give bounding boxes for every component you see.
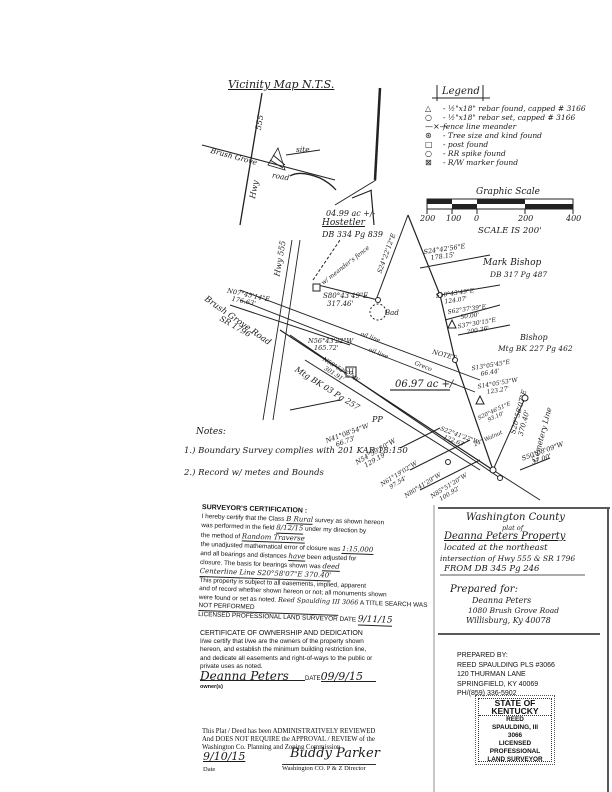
graphic-scale-bar: [427, 199, 573, 214]
owner-signature: Deanna Peters: [200, 672, 305, 681]
bishop-deed: Mtg BK 227 Pg 462: [498, 344, 573, 353]
hostetler-deed: DB 334 Pg 839: [322, 230, 383, 239]
mark-bishop-deed: DB 317 Pg 487: [490, 270, 547, 279]
ownership-certificate: CERTIFICATE OF OWNERSHIP AND DEDICATION …: [200, 630, 430, 691]
legend-item: ○- ½"x18" rebar set, capped # 3166: [425, 113, 595, 122]
vicinity-map-title: Vicinity Map N.T.S.: [228, 78, 334, 91]
note-item: 1.) Boundary Survey complies with 201 KA…: [184, 446, 408, 456]
legend: △- ½"x18" rebar found, capped # 3166 ○- …: [425, 104, 595, 167]
circle-icon: ○: [425, 113, 443, 122]
scale-tick: 200: [518, 214, 533, 223]
client-name: Deanna Peters: [472, 596, 531, 605]
rw-marker-icon: ⊠: [425, 158, 443, 167]
scale-tick: 200: [420, 214, 435, 223]
bearing-label: S80°43'49"E317.46': [323, 292, 368, 308]
scale-tick: 100: [446, 214, 461, 223]
property-location-2: intersection of Hwy 555 & SR 1796: [440, 554, 575, 563]
property-source: FROM DB 345 Pg 246: [444, 564, 539, 574]
county-name: Washington County: [466, 512, 565, 523]
rr-spike-icon: ○: [425, 149, 443, 158]
owner-date: 09/9/15: [321, 673, 376, 682]
property-location-1: located at the northeast: [444, 543, 547, 553]
post-icon: [313, 284, 320, 291]
graphic-scale-title: Graphic Scale: [476, 187, 540, 197]
legend-item: ⊠- R/W marker found: [425, 158, 595, 167]
triangle-icon: △: [425, 104, 443, 113]
bishop-name: Bishop: [520, 333, 548, 342]
surveyor-date: 9/11/15: [358, 616, 393, 626]
bad-label: Bad: [385, 309, 399, 317]
pp-label: PP: [372, 415, 383, 424]
mark-bishop-name: Mark Bishop: [483, 258, 541, 268]
tree-icon: ⊛: [425, 131, 443, 140]
hostetler-name: Hostetler: [322, 218, 365, 228]
property-name: Deanna Peters Property: [444, 531, 565, 542]
scale-tick: 0: [474, 214, 479, 223]
legend-item: ⊛- Tree size and kind found: [425, 131, 595, 140]
client-address-2: Willisburg, Ky 40078: [466, 616, 551, 625]
surveyor-seal: STATE OF KENTUCKY REED SPAULDING, III 30…: [478, 698, 552, 762]
review-date-label: Date: [203, 766, 215, 773]
legend-item: □- post found: [425, 140, 595, 149]
client-address-1: 1080 Brush Grove Road: [468, 606, 559, 615]
vicinity-site-label: site: [296, 145, 310, 154]
hostetler-acres: 04.99 ac +/-: [326, 209, 375, 218]
scale-caption: SCALE IS 200': [478, 226, 541, 236]
surveyor-certification: SURVEYOR'S CERTIFICATION : I hereby cert…: [198, 504, 432, 628]
director-signature: Buddy Parker: [290, 746, 380, 761]
legend-item: —×—fence line meander: [425, 122, 595, 131]
surveyor-signature: Reed Spaulding III 3066: [278, 596, 359, 607]
note-item: 2.) Record w/ metes and Bounds: [184, 468, 324, 478]
notes-title: Notes:: [196, 427, 226, 437]
fence-line-icon: —×—: [425, 122, 443, 131]
legend-item: ○- RR spike found: [425, 149, 595, 158]
legend-title: Legend: [442, 86, 480, 97]
legend-item: △- ½"x18" rebar found, capped # 3166: [425, 104, 595, 113]
prepared-for-label: Prepared for:: [450, 584, 518, 595]
scale-tick: 400: [566, 214, 581, 223]
director-label: Washington CO. P & Z Director: [282, 764, 376, 772]
prepared-by: PREPARED BY: REED SPAULDING PLS #3066 12…: [457, 651, 555, 699]
subject-acres: 06.97 ac +/-: [395, 379, 457, 390]
post-icon: □: [425, 140, 443, 149]
bearing-label: N56°43'22"W165.72': [308, 338, 353, 352]
review-date: 9/10/15: [203, 750, 245, 763]
